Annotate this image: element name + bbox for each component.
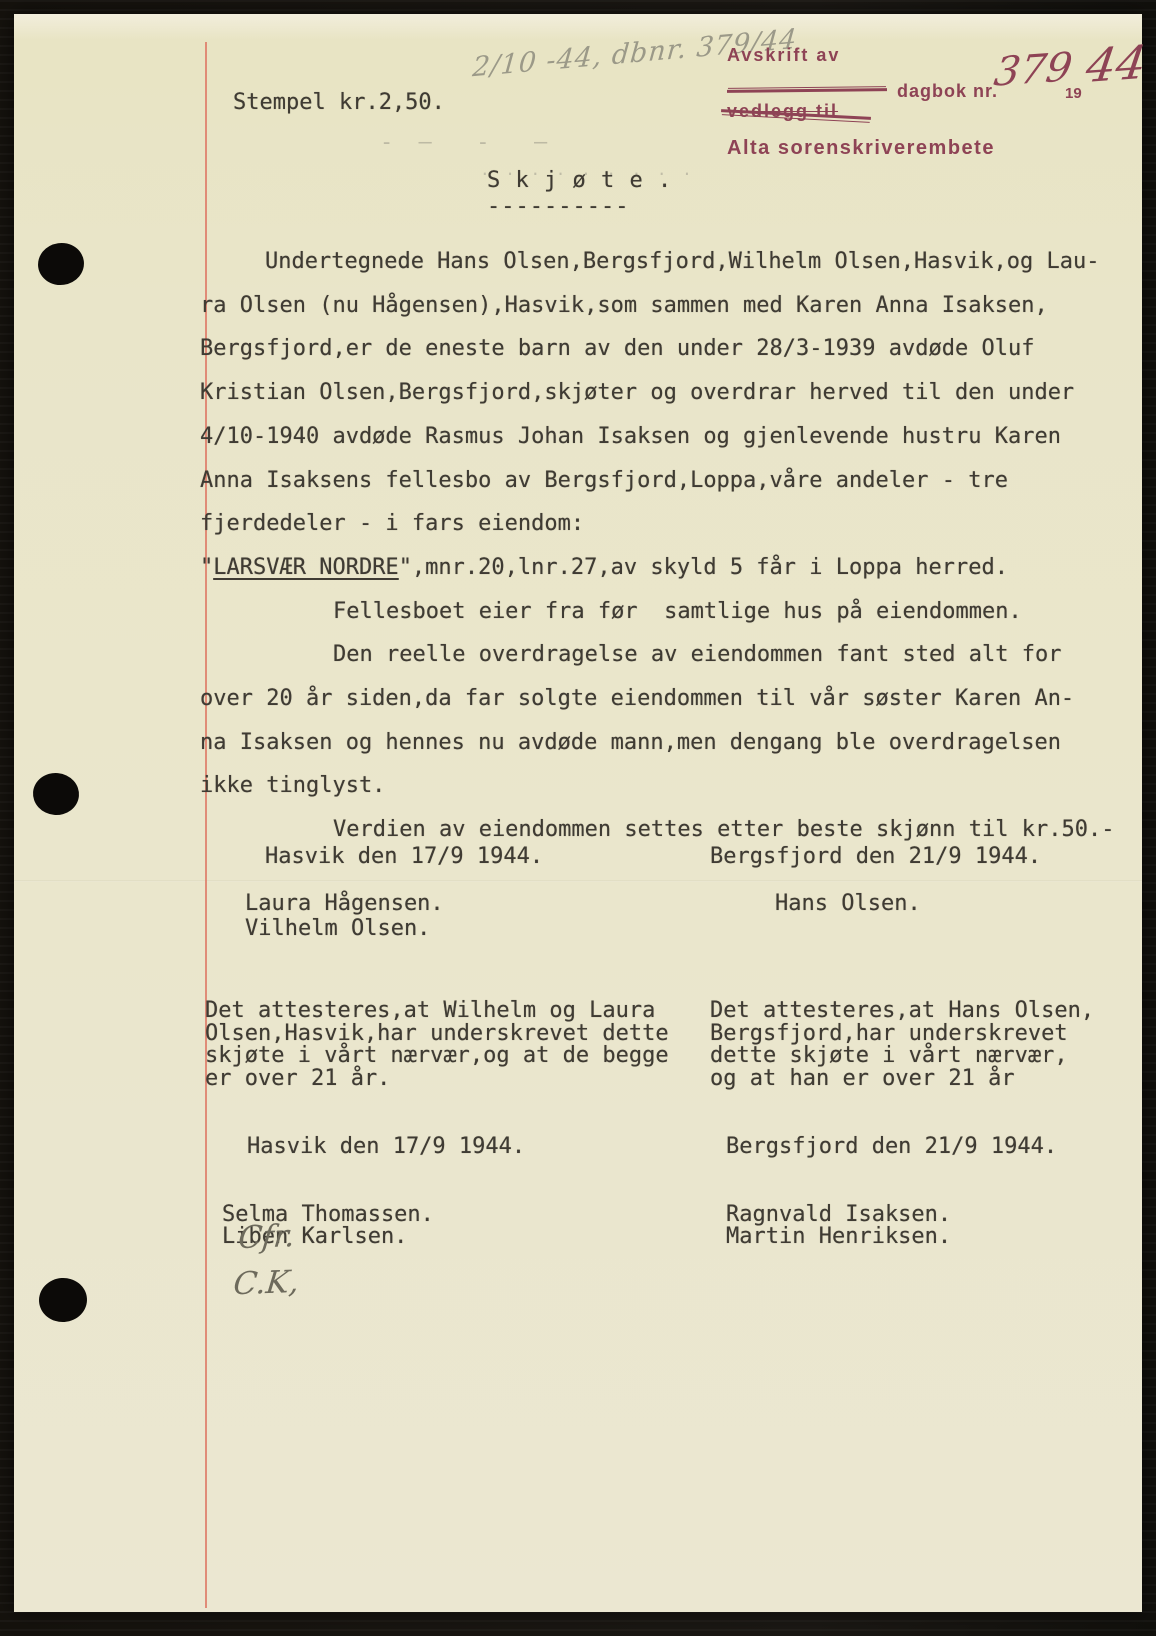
attestation-line: skjøte i vårt nærvær,og at de begge bbox=[205, 1045, 685, 1068]
clerk-initials: Cfr.C.K, bbox=[231, 1213, 306, 1308]
stamp-year-prefix: 19 bbox=[1065, 85, 1082, 102]
stamp-strike-line bbox=[727, 88, 887, 93]
body-line: Fellesboet eier fra før samtlige hus på … bbox=[200, 590, 1106, 634]
attestation-line: Det attesteres,at Hans Olsen, bbox=[710, 1000, 1140, 1023]
body-line: Undertegnede Hans Olsen,Bergsfjord,Wilhe… bbox=[200, 240, 1106, 284]
title-underline: ---------- bbox=[487, 196, 629, 218]
punch-hole bbox=[31, 771, 80, 817]
scanned-page: 2/10 -44, dbnr. 379/44 - — - — . . . . .… bbox=[0, 0, 1156, 1636]
punch-hole bbox=[38, 1276, 89, 1323]
body-line: over 20 år siden,da far solgte eiendomme… bbox=[200, 677, 1106, 721]
attestation-right-date: Bergsfjord den 21/9 1944. bbox=[710, 1136, 1140, 1159]
paper-sheet: 2/10 -44, dbnr. 379/44 - — - — . . . . .… bbox=[14, 14, 1142, 1612]
body-text: Undertegnede Hans Olsen,Bergsfjord,Wilhe… bbox=[200, 240, 1106, 852]
attestation-line: Olsen,Hasvik,har underskrevet dette bbox=[205, 1023, 685, 1046]
body-text-segment: Verdien av eiendommen settes etter beste… bbox=[333, 817, 1114, 842]
body-line: ra Olsen (nu Hågensen),Hasvik,som sammen… bbox=[200, 284, 1106, 328]
body-text-segment: Anna Isaksens fellesbo av Bergsfjord,Lop… bbox=[200, 468, 1008, 493]
body-text-segment: ikke tinglyst. bbox=[200, 773, 385, 798]
attestation-line: er over 21 år. bbox=[205, 1068, 685, 1091]
attestation-left-date: Hasvik den 17/9 1944. bbox=[205, 1136, 685, 1159]
initials-line: Cfr. bbox=[236, 1213, 306, 1261]
faint-pencil-dashes: - — - — bbox=[380, 130, 553, 155]
body-line: Anna Isaksens fellesbo av Bergsfjord,Lop… bbox=[200, 459, 1106, 503]
stamp-office-name: Alta sorenskriverembete bbox=[727, 137, 995, 160]
body-text-segment: 4/10-1940 avdøde Rasmus Johan Isaksen og… bbox=[200, 424, 1061, 449]
body-line: Kristian Olsen,Bergsfjord,skjøter og ove… bbox=[200, 371, 1106, 415]
document-title: S k j ø t e . bbox=[487, 170, 672, 192]
attestation-right: Det attesteres,at Hans Olsen,Bergsfjord,… bbox=[710, 955, 1140, 1294]
body-text-segment: Bergsfjord,er de eneste barn av den unde… bbox=[200, 336, 1034, 361]
attestation-line: Bergsfjord,har underskrevet bbox=[710, 1023, 1140, 1046]
stamp-year-handwritten: 44 bbox=[1083, 35, 1150, 93]
body-line: "LARSVÆR NORDRE",mnr.20,lnr.27,av skyld … bbox=[200, 546, 1106, 590]
stamp-dagbok-label: dagbok nr. bbox=[897, 81, 998, 102]
stamp-journal-number: 379 bbox=[991, 44, 1075, 95]
body-text-segment: " bbox=[200, 555, 213, 580]
witness-name: Martin Henriksen. bbox=[710, 1226, 1140, 1249]
property-name-underlined: LARSVÆR NORDRE bbox=[213, 555, 398, 580]
signatures-left: Laura Hågensen.Vilhelm Olsen. bbox=[245, 892, 444, 941]
body-line: 4/10-1940 avdøde Rasmus Johan Isaksen og… bbox=[200, 415, 1106, 459]
date-line-left: Hasvik den 17/9 1944. bbox=[265, 846, 543, 868]
body-text-segment: Den reelle overdragelse av eiendommen fa… bbox=[333, 642, 1061, 667]
body-text-segment: fjerdedeler - i fars eiendom: bbox=[200, 511, 584, 536]
body-text-segment: Undertegnede Hans Olsen,Bergsfjord,Wilhe… bbox=[265, 249, 1099, 274]
body-text-segment: ra Olsen (nu Hågensen),Hasvik,som sammen… bbox=[200, 293, 1048, 318]
body-line: ikke tinglyst. bbox=[200, 764, 1106, 808]
attestation-line: Det attesteres,at Wilhelm og Laura bbox=[205, 1000, 685, 1023]
attestation-line: dette skjøte i vårt nærvær, bbox=[710, 1045, 1140, 1068]
paper-seam bbox=[14, 880, 1142, 882]
signature-name: Vilhelm Olsen. bbox=[245, 917, 444, 942]
body-text-segment: Kristian Olsen,Bergsfjord,skjøter og ove… bbox=[200, 380, 1074, 405]
body-line: Bergsfjord,er de eneste barn av den unde… bbox=[200, 327, 1106, 371]
body-text-segment: na Isaksen og hennes nu avdøde mann,men … bbox=[200, 730, 1061, 755]
body-text-segment: ",mnr.20,lnr.27,av skyld 5 får i Loppa h… bbox=[399, 555, 1008, 580]
signature-name: Hans Olsen. bbox=[775, 892, 921, 917]
punch-hole bbox=[35, 240, 86, 288]
initials-line: C.K, bbox=[231, 1259, 301, 1307]
attestation-right-witnesses: Ragnvald Isaksen.Martin Henriksen. bbox=[710, 1204, 1140, 1249]
stamp-fee-text: Stempel kr.2,50. bbox=[233, 92, 445, 114]
office-stamp: Avskrift av dagbok nr. 379 19 44 vedlegg… bbox=[727, 45, 1156, 175]
signatures-right: Hans Olsen. bbox=[775, 892, 921, 917]
body-line: Den reelle overdragelse av eiendommen fa… bbox=[200, 633, 1106, 677]
attestation-line: og at han er over 21 år bbox=[710, 1068, 1140, 1091]
body-line: fjerdedeler - i fars eiendom: bbox=[200, 502, 1106, 546]
attestation-right-lines: Det attesteres,at Hans Olsen,Bergsfjord,… bbox=[710, 1000, 1140, 1090]
stamp-avskrift-label: Avskrift av bbox=[727, 45, 840, 66]
body-text-segment: Fellesboet eier fra før samtlige hus på … bbox=[333, 599, 1022, 624]
body-line: na Isaksen og hennes nu avdøde mann,men … bbox=[200, 721, 1106, 765]
witness-name: Ragnvald Isaksen. bbox=[710, 1204, 1140, 1227]
date-line-right: Bergsfjord den 21/9 1944. bbox=[710, 846, 1041, 868]
attestation-left-lines: Det attesteres,at Wilhelm og LauraOlsen,… bbox=[205, 1000, 685, 1090]
signature-name: Laura Hågensen. bbox=[245, 892, 444, 917]
body-text-segment: over 20 år siden,da far solgte eiendomme… bbox=[200, 686, 1074, 711]
